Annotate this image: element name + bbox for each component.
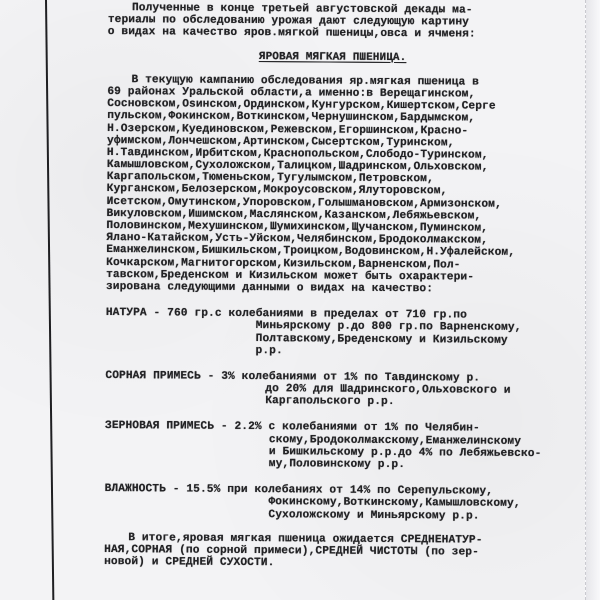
intro-paragraph: Полученные в конце третьей августовской … bbox=[108, 2, 588, 42]
indicator-grain-admixture: ЗЕРНОВАЯ ПРИМЕСЬ - 2.2% с колебаниями от… bbox=[105, 420, 585, 472]
indicator-line: р.р. bbox=[106, 344, 586, 360]
indicator-weed-admixture: СОРНАЯ ПРИМЕСЬ - 3% колебаниями от 1% по… bbox=[105, 370, 585, 410]
conclusion-paragraph: В итоге,яровая мягкая пшеница ожидается … bbox=[104, 532, 584, 572]
main-paragraph: В текущую кампанию обследования яр.мягка… bbox=[106, 74, 588, 297]
intro-line: о видах на качество яров.мягкой пшеницы,… bbox=[108, 26, 588, 42]
indicator-moisture: ВЛАЖНОСТЬ - 15.5% при колебаниях от 14% … bbox=[104, 483, 584, 523]
paragraph-line: зирована следующими данными о видах на к… bbox=[106, 281, 586, 297]
section-heading: ЯРОВАЯ МЯГКАЯ ПШЕНИЦА. bbox=[259, 51, 407, 64]
indicator-natura: НАТУРА - 760 гр.с колебаниями в пределах… bbox=[106, 307, 586, 359]
typewritten-document: Полученные в конце третьей августовской … bbox=[104, 2, 588, 572]
indicator-line: Каргапольского р.р. bbox=[105, 394, 585, 410]
